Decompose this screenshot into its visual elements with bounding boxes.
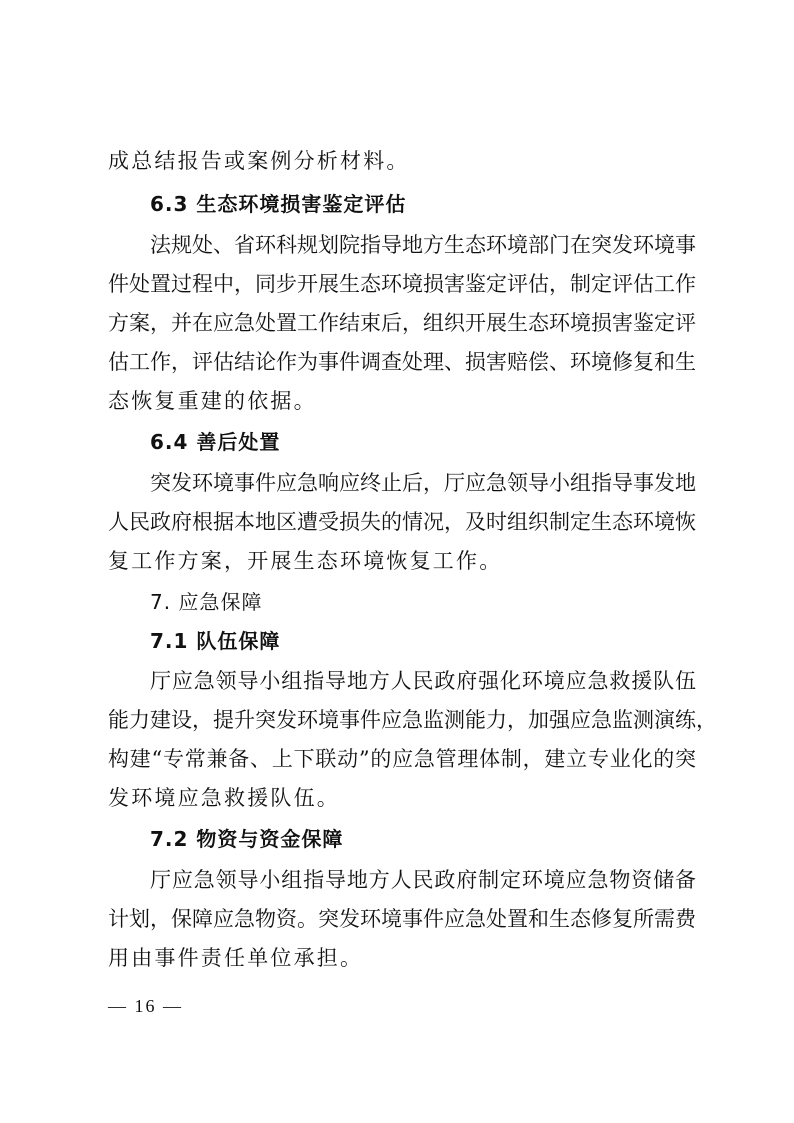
body-text-line: 用由事件责任单位承担。 bbox=[108, 944, 696, 972]
body-text-line: 估工作，评估结论作为事件调查处理、损害赔偿、环境修复和生 bbox=[108, 348, 696, 376]
body-text-line: 成总结报告或案例分析材料。 bbox=[108, 147, 696, 175]
section-heading-6-3: 6.3 生态环境损害鉴定评估 bbox=[150, 190, 696, 218]
body-text-line: 复工作方案，开展生态环境恢复工作。 bbox=[108, 547, 696, 575]
body-text-line: 态恢复重建的依据。 bbox=[108, 387, 696, 415]
body-text-line: 厅应急领导小组指导地方人民政府制定环境应急物资储备 bbox=[150, 866, 696, 894]
body-text-line: 构建“专常兼备、上下联动”的应急管理体制，建立专业化的突 bbox=[108, 745, 696, 773]
body-text-line: 厅应急领导小组指导地方人民政府强化环境应急救援队伍 bbox=[150, 667, 696, 695]
section-heading-7-1: 7.1 队伍保障 bbox=[150, 627, 696, 655]
body-text-line: 人民政府根据本地区遭受损失的情况，及时组织制定生态环境恢 bbox=[108, 508, 696, 536]
body-text-line: 计划，保障应急物资。突发环境事件应急处置和生态修复所需费 bbox=[108, 905, 696, 933]
body-text-line: 法规处、省环科规划院指导地方生态环境部门在突发环境事 bbox=[150, 231, 696, 259]
section-heading-6-4: 6.4 善后处置 bbox=[150, 428, 696, 456]
body-text-line: 能力建设，提升突发环境事件应急监测能力，加强应急监测演练， bbox=[108, 706, 696, 734]
body-text-line: 发环境应急救援队伍。 bbox=[108, 784, 696, 812]
body-text-line: 突发环境事件应急响应终止后，厅应急领导小组指导事发地 bbox=[150, 469, 696, 497]
body-text-line: 件处置过程中，同步开展生态环境损害鉴定评估，制定评估工作 bbox=[108, 270, 696, 298]
section-heading-7: 7. 应急保障 bbox=[150, 588, 696, 616]
section-heading-7-2: 7.2 物资与资金保障 bbox=[150, 825, 696, 853]
document-page: 成总结报告或案例分析材料。 6.3 生态环境损害鉴定评估 法规处、省环科规划院指… bbox=[0, 0, 794, 1123]
page-number: — 16 — bbox=[108, 996, 183, 1017]
body-text-line: 方案，并在应急处置工作结束后，组织开展生态环境损害鉴定评 bbox=[108, 309, 696, 337]
